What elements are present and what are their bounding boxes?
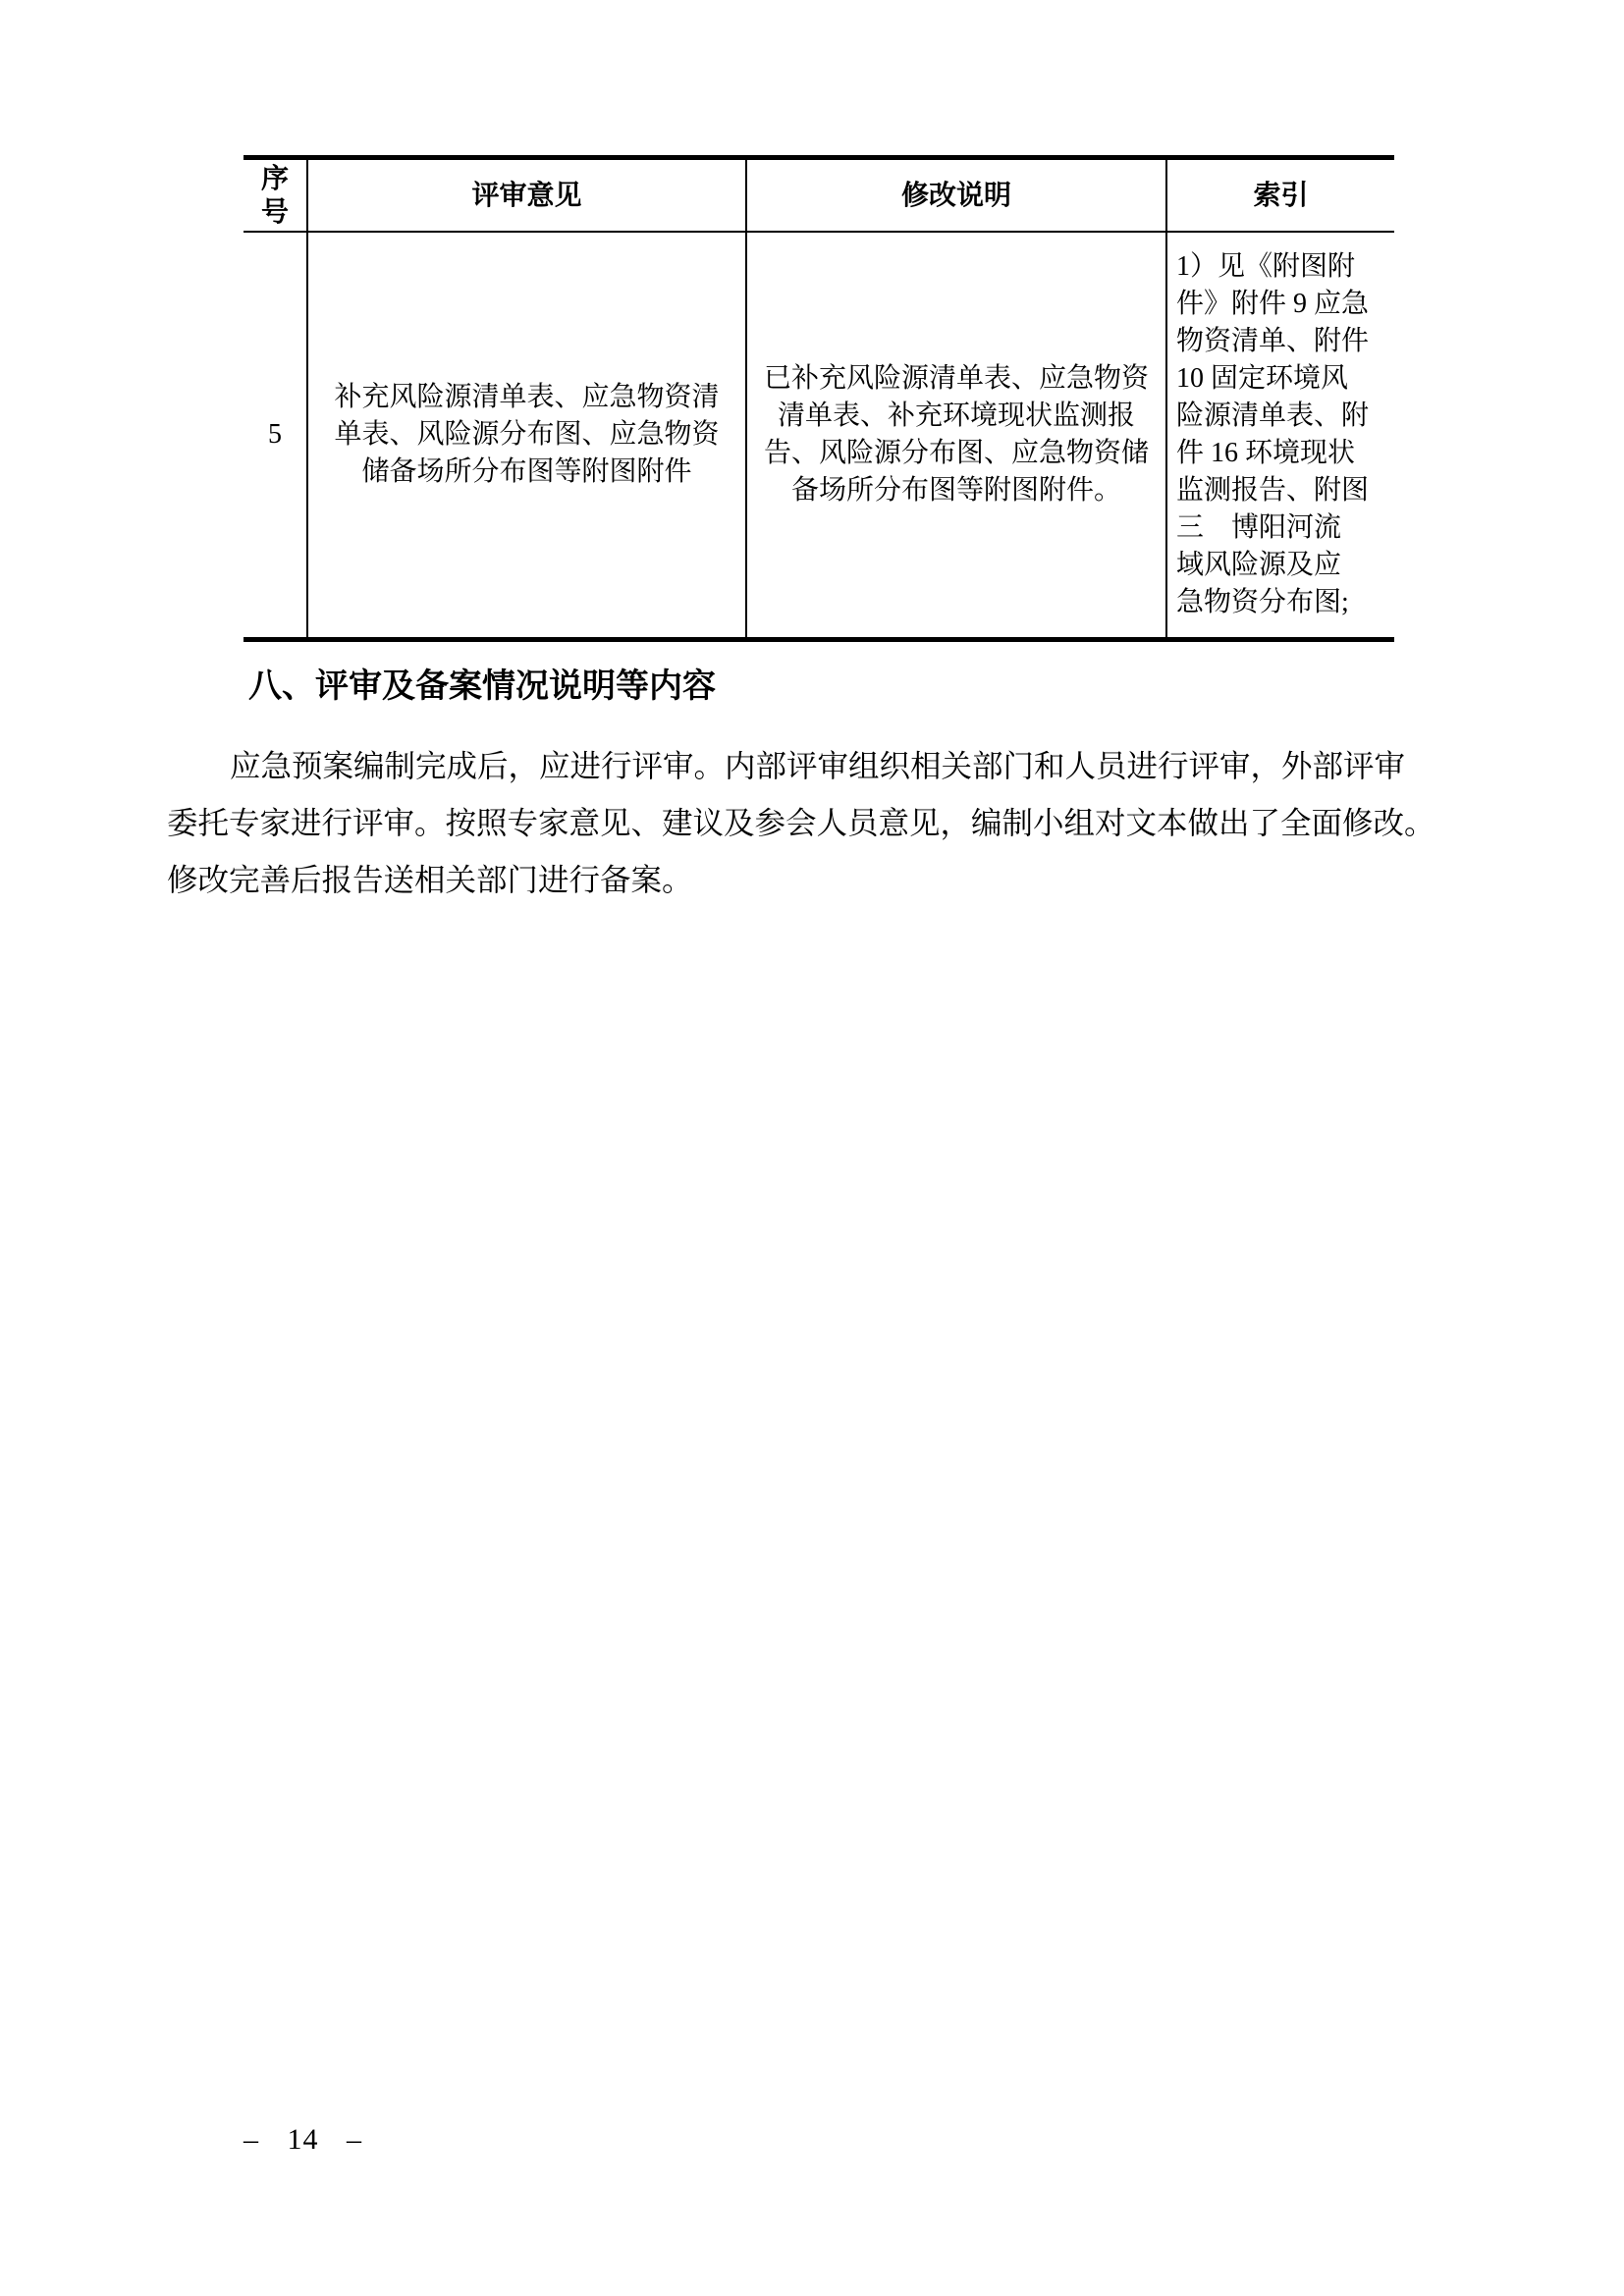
col-header-review-opinion: 评审意见: [307, 158, 746, 233]
col-header-seq: 序号: [244, 158, 307, 233]
cell-review-opinion: 补充风险源清单表、应急物资清 单表、风险源分布图、应急物资 储备场所分布图等附图…: [307, 232, 746, 640]
page-number: – 14 –: [244, 2122, 362, 2158]
section-heading: 八、评审及备案情况说明等内容: [248, 666, 716, 707]
table-row: 5 补充风险源清单表、应急物资清 单表、风险源分布图、应急物资 储备场所分布图等…: [244, 232, 1394, 640]
col-header-modification-note: 修改说明: [746, 158, 1166, 233]
cell-modification-note: 已补充风险源清单表、应急物资 清单表、补充环境现状监测报 告、风险源分布图、应急…: [746, 232, 1166, 640]
cell-seq: 5: [244, 232, 307, 640]
review-table: 序号 评审意见 修改说明 索引 5 补充风险源清单表、应急物资清 单表、风险源分…: [244, 155, 1394, 642]
col-header-index: 索引: [1166, 158, 1394, 233]
section-paragraph: 应急预案编制完成后，应进行评审。内部评审组织相关部门和人员进行评审，外部评审 委…: [167, 738, 1473, 909]
document-page: 序号 评审意见 修改说明 索引 5 补充风险源清单表、应急物资清 单表、风险源分…: [0, 0, 1624, 2296]
cell-index-ref: 1）见《附图附 件》附件 9 应急 物资清单、附件 10 固定环境风 险源清单表…: [1166, 232, 1394, 640]
table-header-row: 序号 评审意见 修改说明 索引: [244, 158, 1394, 233]
